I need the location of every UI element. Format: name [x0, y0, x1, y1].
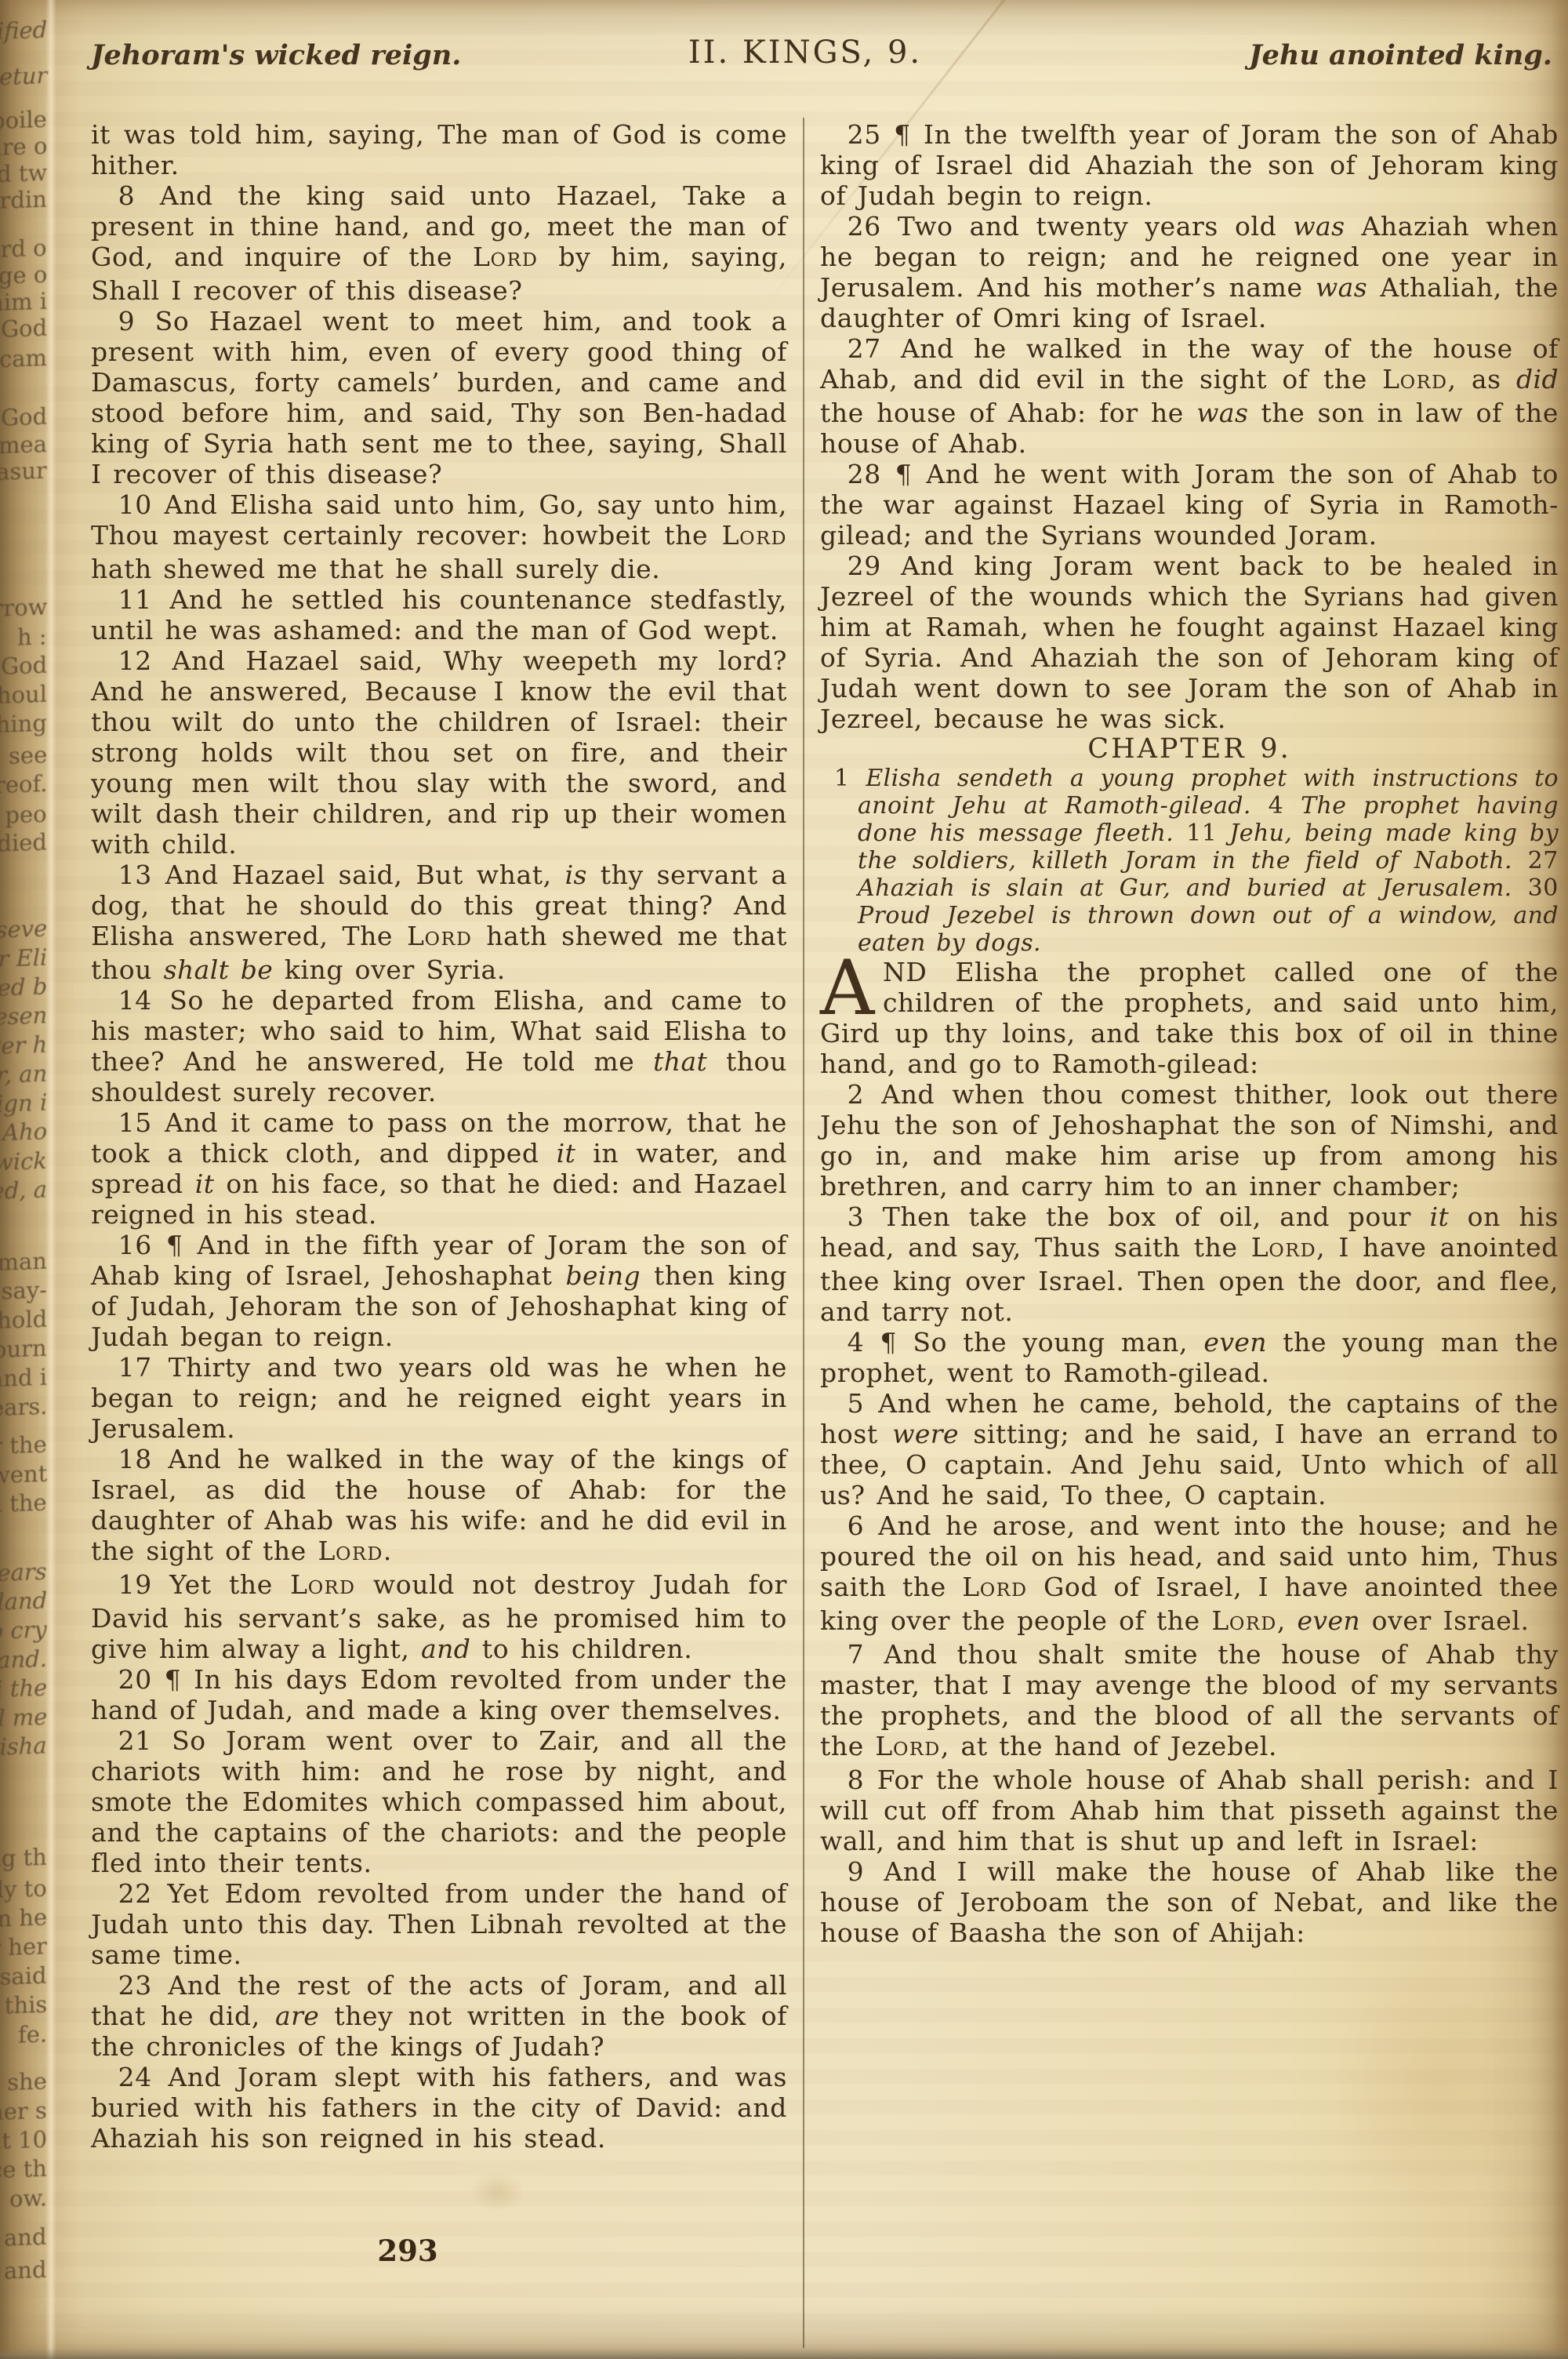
gutter-text-fragment: f God: [0, 652, 47, 681]
gutter-text-fragment: d tw: [0, 159, 47, 187]
verse-paragraph: 28 ¶ And he went with Joram the son of A…: [820, 459, 1559, 551]
verse-paragraph: 25 ¶ In the twelfth year of Joram the so…: [820, 119, 1559, 211]
book-gutter: rifiedeturpoileure od twordinord orge oh…: [0, 0, 50, 2359]
gutter-text-fragment: d this: [0, 1991, 47, 2020]
verse-paragraph: 14 So he departed from Elisha, and came …: [91, 985, 787, 1107]
gutter-text-fragment: ears.: [0, 1393, 47, 1422]
gutter-text-fragment: zi the: [0, 1674, 47, 1703]
verse-paragraph: 11 And he settled his countenance stedfa…: [91, 584, 787, 645]
gutter-text-fragment: years: [0, 1558, 47, 1587]
gutter-text-fragment: him i: [0, 288, 47, 317]
verse-paragraph: 6 And he arose, and went into the house;…: [820, 1510, 1559, 1639]
page-number: 293: [329, 2234, 486, 2268]
verse-paragraph: 5 And when he came, behold, the captains…: [820, 1388, 1559, 1510]
gutter-text-fragment: rred b: [0, 972, 47, 1001]
gutter-text-fragment: shoul: [0, 681, 47, 710]
running-head: Jehoram's wicked reign. II. KINGS, 9. Je…: [50, 35, 1560, 83]
gutter-text-fragment: or Eli: [0, 944, 47, 973]
verse-paragraph: 8 For the whole house of Ahab shall peri…: [820, 1765, 1559, 1856]
gutter-text-fragment: journ: [0, 1335, 47, 1364]
gutter-text-fragment: eign i: [0, 1089, 47, 1118]
running-head-right: Jehu anointed king.: [1249, 39, 1552, 71]
gutter-text-fragment: rge o: [0, 261, 47, 290]
gutter-text-fragment: ure o: [0, 133, 47, 162]
gutter-text-fragment: see: [9, 741, 47, 769]
paper-stain: [470, 2172, 525, 2212]
verse-paragraph: 4 ¶ So the young man, even the young man…: [820, 1327, 1559, 1388]
gutter-text-fragment: f God: [0, 403, 47, 432]
verse-paragraph: 19 Yet the LORD would not destroy Judah …: [91, 1569, 787, 1664]
book-page: rifiedeturpoileure od twordinord orge oh…: [0, 0, 1568, 2359]
verse-paragraph: 16 ¶ And in the fifth year of Joram the …: [91, 1230, 787, 1352]
gutter-text-fragment: Elisha: [0, 1732, 47, 1761]
paper-stain: [1333, 1961, 1537, 2212]
gutter-text-fragment: rified: [0, 16, 47, 45]
gutter-text-fragment: reof.: [0, 770, 47, 798]
gutter-text-fragment: ehold: [0, 1306, 47, 1335]
gutter-text-fragment: e died: [0, 828, 47, 857]
gutter-text-fragment: fter h: [0, 1031, 47, 1060]
page-bottom-edge: [0, 2348, 1568, 2359]
gutter-text-fragment: f God: [0, 314, 47, 343]
gutter-text-fragment: er the: [0, 1430, 47, 1459]
gutter-text-fragment: poile: [0, 106, 47, 135]
verse-paragraph: 2 And when thou comest thither, look out…: [820, 1079, 1559, 1201]
gutter-text-fragment: presen: [0, 1001, 47, 1031]
verse-paragraph: 13 And Hazael said, But what, is thy ser…: [91, 860, 787, 985]
gutter-text-fragment: e, say-: [0, 1276, 47, 1305]
gutter-text-fragment: ow.: [9, 2184, 47, 2212]
gutter-text-fragment: easur: [0, 457, 47, 486]
chapter-summary: 1 Elisha sendeth a young prophet with in…: [820, 765, 1559, 957]
verse-paragraph: 7 And thou shalt smite the house of Ahab…: [820, 1639, 1559, 1765]
gutter-text-fragment: cam: [0, 344, 47, 373]
gutter-text-fragment: to cry: [0, 1616, 47, 1645]
gutter-text-fragment: ng th: [0, 1844, 47, 1873]
gutter-text-fragment: in the: [0, 1489, 47, 1518]
gutter-text-fragment: land.: [0, 1645, 47, 1674]
verse-paragraph: 22 Yet Edom revolted from under the hand…: [91, 1878, 787, 1970]
verse-paragraph: 20 ¶ In his days Edom revolted from unde…: [91, 1664, 787, 1725]
verse-paragraph: 9 And I will make the house of Ahab like…: [820, 1856, 1559, 1948]
gutter-text-fragment: er, an: [0, 1060, 47, 1089]
gutter-text-fragment: ll me: [0, 1703, 47, 1732]
verse-paragraph: 9 So Hazael went to meet him, and took a…: [91, 306, 787, 489]
gutter-text-fragment: and i: [0, 1364, 47, 1393]
gutter-text-fragment: went: [0, 1460, 47, 1489]
gutter-text-fragment: mea: [0, 431, 47, 459]
gutter-text-fragment: i said: [0, 1962, 47, 1991]
verse-paragraph: 24 And Joram slept with his fathers, and…: [91, 2062, 787, 2154]
drop-cap-letter: A: [820, 957, 883, 1018]
verse-paragraph: 12 And Hazael said, Why weepeth my lord?…: [91, 645, 787, 860]
gutter-text-fragment: ; and: [0, 2223, 47, 2252]
gutter-text-fragment: 23 Aho: [0, 1118, 47, 1147]
gutter-text-fragment: y seve: [0, 914, 47, 943]
verse-paragraph: 15 And it came to pass on the morrow, th…: [91, 1107, 787, 1230]
column-divider-rule: [803, 118, 804, 2348]
verse-paragraph-dropcap: AND Elisha the prophet called one of the…: [820, 957, 1559, 1079]
gutter-text-fragment: e land: [0, 1587, 47, 1616]
gutter-text-fragment: at 10: [0, 2126, 47, 2155]
gutter-text-fragment: son he: [0, 1903, 47, 1932]
gutter-text-fragment: fe.: [18, 2020, 47, 2048]
verse-paragraph: 27 And he walked in the way of the house…: [820, 333, 1559, 459]
gutter-text-fragment: ody to: [0, 1874, 47, 1903]
gutter-text-fragment: her s: [0, 2097, 47, 2126]
text-column-right: 25 ¶ In the twelfth year of Joram the so…: [820, 119, 1559, 1948]
gutter-text-fragment: oman: [0, 1248, 47, 1277]
gutter-text-fragment: for her: [0, 1932, 47, 1962]
verse-paragraph: 26 Two and twenty years old was Ahaziah …: [820, 211, 1559, 333]
gutter-text-fragment: thing: [0, 710, 47, 739]
verse-paragraph: 18 And he walked in the way of the kings…: [91, 1444, 787, 1569]
verse-paragraph: 10 And Elisha said unto him, Go, say unt…: [91, 489, 787, 584]
verse-paragraph: 21 So Joram went over to Zair, and all t…: [91, 1725, 787, 1878]
gutter-text-fragment: orrow: [0, 593, 47, 622]
gutter-text-fragment: etur: [0, 62, 47, 90]
gutter-text-fragment: ordin: [0, 186, 47, 215]
text-column-left: it was told him, saying, The man of God …: [91, 119, 787, 2154]
gutter-text-fragment: e peo: [0, 801, 47, 830]
verse-paragraph: 3 Then take the box of oil, and pour it …: [820, 1201, 1559, 1327]
gutter-text-fragment: h :: [17, 623, 47, 650]
page-fold-highlight: [45, 0, 56, 2359]
gutter-text-fragment: wick: [0, 1147, 47, 1176]
verse-paragraph: 8 And the king said unto Hazael, Take a …: [91, 180, 787, 306]
verse-paragraph: 29 And king Joram went back to be healed…: [820, 551, 1559, 734]
gutter-text-fragment: ded, a: [0, 1176, 47, 1205]
verse-paragraph: 23 And the rest of the acts of Joram, an…: [91, 1970, 787, 2062]
gutter-text-fragment: ce th: [0, 2155, 47, 2184]
gutter-text-fragment: n, she: [0, 2067, 47, 2096]
gutter-text-fragment: ; and: [0, 2256, 47, 2285]
gutter-text-fragment: ord o: [0, 234, 47, 264]
chapter-heading: CHAPTER 9.: [820, 734, 1559, 765]
continued-paragraph: it was told him, saying, The man of God …: [91, 119, 787, 180]
verse-paragraph: 17 Thirty and two years old was he when …: [91, 1352, 787, 1444]
